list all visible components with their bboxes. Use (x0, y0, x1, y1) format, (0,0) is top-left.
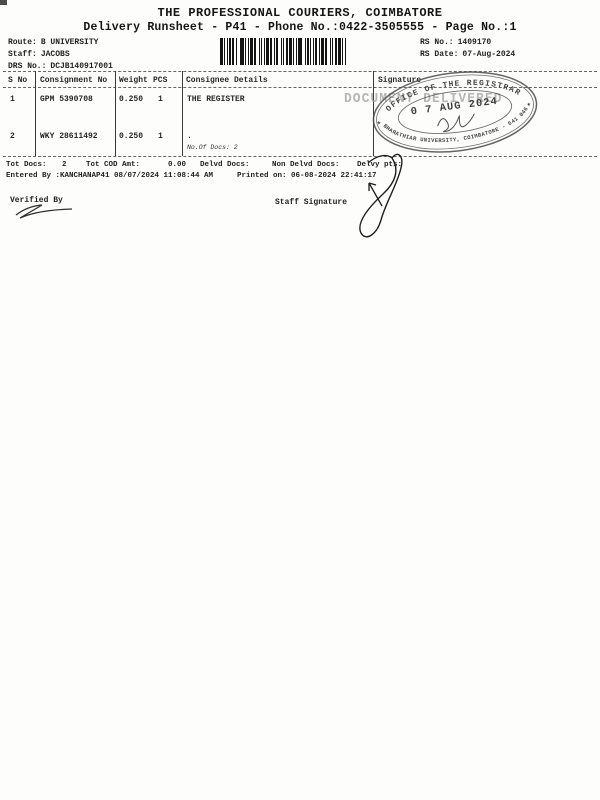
barcode-bar (281, 38, 282, 65)
staff-signature-label: Staff Signature (275, 198, 347, 207)
barcode-bar (264, 38, 265, 65)
barcode-bar (298, 38, 302, 65)
row2-pcs: 1 (158, 132, 163, 141)
staff-line: Staff:JACOBS (8, 50, 70, 59)
route-label: Route: (8, 38, 37, 47)
barcode-bar (319, 38, 320, 65)
barcode-bar (261, 38, 262, 65)
barcode-bar (274, 38, 275, 65)
stamp-signature (437, 114, 476, 133)
company-title: THE PROFESSIONAL COURIERS, COIMBATORE (0, 6, 600, 20)
route-value: B UNIVERSITY (41, 38, 99, 47)
barcode-bar (305, 38, 306, 65)
row1-sno: 1 (10, 95, 15, 104)
col-header-consignment: Consignment No (40, 76, 107, 85)
stamp-star-right-icon: ★ (526, 101, 532, 110)
delvd-docs-label: Delvd Docs: (200, 161, 250, 169)
staff-signature (338, 150, 420, 246)
tot-docs-value: 2 (62, 161, 67, 169)
row1-pcs: 1 (158, 95, 163, 104)
rs-date-value: 07-Aug-2024 (462, 50, 515, 59)
tot-cod-value: 0.00 (168, 161, 186, 169)
barcode-bar (224, 38, 225, 65)
barcode-bar (330, 38, 331, 65)
barcode-bar (220, 38, 223, 65)
scan-artifact (0, 0, 7, 5)
entered-by-line: Entered By :KANCHANAP41 08/07/2024 11:08… (6, 172, 213, 180)
tot-cod-label: Tot COD Amt: (86, 161, 140, 169)
table-col-line-1 (35, 71, 36, 156)
barcode-bar (286, 38, 288, 65)
row1-consignment: GPM 5390708 (40, 95, 93, 104)
drs-value: DCJB140917001 (50, 62, 112, 71)
non-delvd-docs-label: Non Delvd Docs: (272, 161, 340, 169)
rs-date-label: RS Date: (420, 50, 458, 59)
barcode-bar (310, 38, 311, 65)
row2-consignment: WKY 28611492 (40, 132, 98, 141)
barcode-bar (325, 38, 327, 65)
col-header-sno: S No (8, 76, 27, 85)
table-col-line-2 (115, 71, 116, 156)
barcode-bar (245, 38, 246, 65)
barcode-bar (240, 38, 244, 65)
delivery-runsheet-document: THE PROFESSIONAL COURIERS, COIMBATORE De… (0, 0, 600, 800)
barcode-bar (342, 38, 343, 65)
route-line: Route:B UNIVERSITY (8, 38, 98, 47)
rs-no-line: RS No.:1409170 (420, 38, 491, 47)
barcode-bar (270, 38, 272, 65)
barcode-bar (276, 38, 278, 65)
staff-value: JACOBS (41, 50, 70, 59)
staff-label: Staff: (8, 50, 37, 59)
stamp-star-left-icon: ★ (376, 119, 382, 128)
barcode-bar (289, 38, 292, 65)
drs-line: DRS No.:DCJB140917001 (8, 62, 113, 71)
col-header-weight: Weight (119, 76, 148, 85)
barcode-bar (313, 38, 314, 65)
stamp-date: 0 7 AUG 2024 (410, 96, 498, 119)
row2-consignee: . (187, 132, 192, 141)
row2-sno: 2 (10, 132, 15, 141)
barcode-bar (283, 38, 284, 65)
row1-weight: 0.250 (119, 95, 143, 104)
row1-consignee: THE REGISTER (187, 95, 245, 104)
barcode-bar (259, 38, 260, 65)
drs-label: DRS No.: (8, 62, 46, 71)
barcode-bar (332, 38, 333, 65)
col-header-pcs: PCS (153, 76, 167, 85)
barcode-bar (248, 38, 249, 65)
barcode (220, 38, 350, 65)
table-bottom-rule (3, 156, 597, 157)
col-header-consignee: Consignee Details (186, 76, 268, 85)
barcode-bar (227, 38, 228, 65)
barcode-bar (345, 38, 346, 65)
runsheet-subtitle: Delivery Runsheet - P41 - Phone No.:0422… (0, 21, 600, 34)
barcode-bar (338, 38, 341, 65)
barcode-bar (266, 38, 269, 65)
barcode-bar (250, 38, 253, 65)
rs-no-label: RS No.: (420, 38, 454, 47)
rs-no-value: 1409170 (458, 38, 492, 47)
barcode-bar (296, 38, 297, 65)
table-col-line-3 (182, 71, 183, 156)
barcode-bar (293, 38, 294, 65)
barcode-bar (321, 38, 324, 65)
barcode-bar (229, 38, 231, 65)
rs-date-line: RS Date:07-Aug-2024 (420, 50, 515, 59)
verified-by-signature (12, 202, 82, 224)
barcode-bar (254, 38, 256, 65)
barcode-bar (232, 38, 234, 65)
barcode-bar (335, 38, 337, 65)
barcode-bar (236, 38, 237, 65)
tot-docs-label: Tot Docs: (6, 161, 47, 169)
barcode-bar (315, 38, 317, 65)
barcode-bar (307, 38, 309, 65)
row2-docs-note: No.Of Docs: 2 (187, 144, 238, 151)
row2-weight: 0.250 (119, 132, 143, 141)
